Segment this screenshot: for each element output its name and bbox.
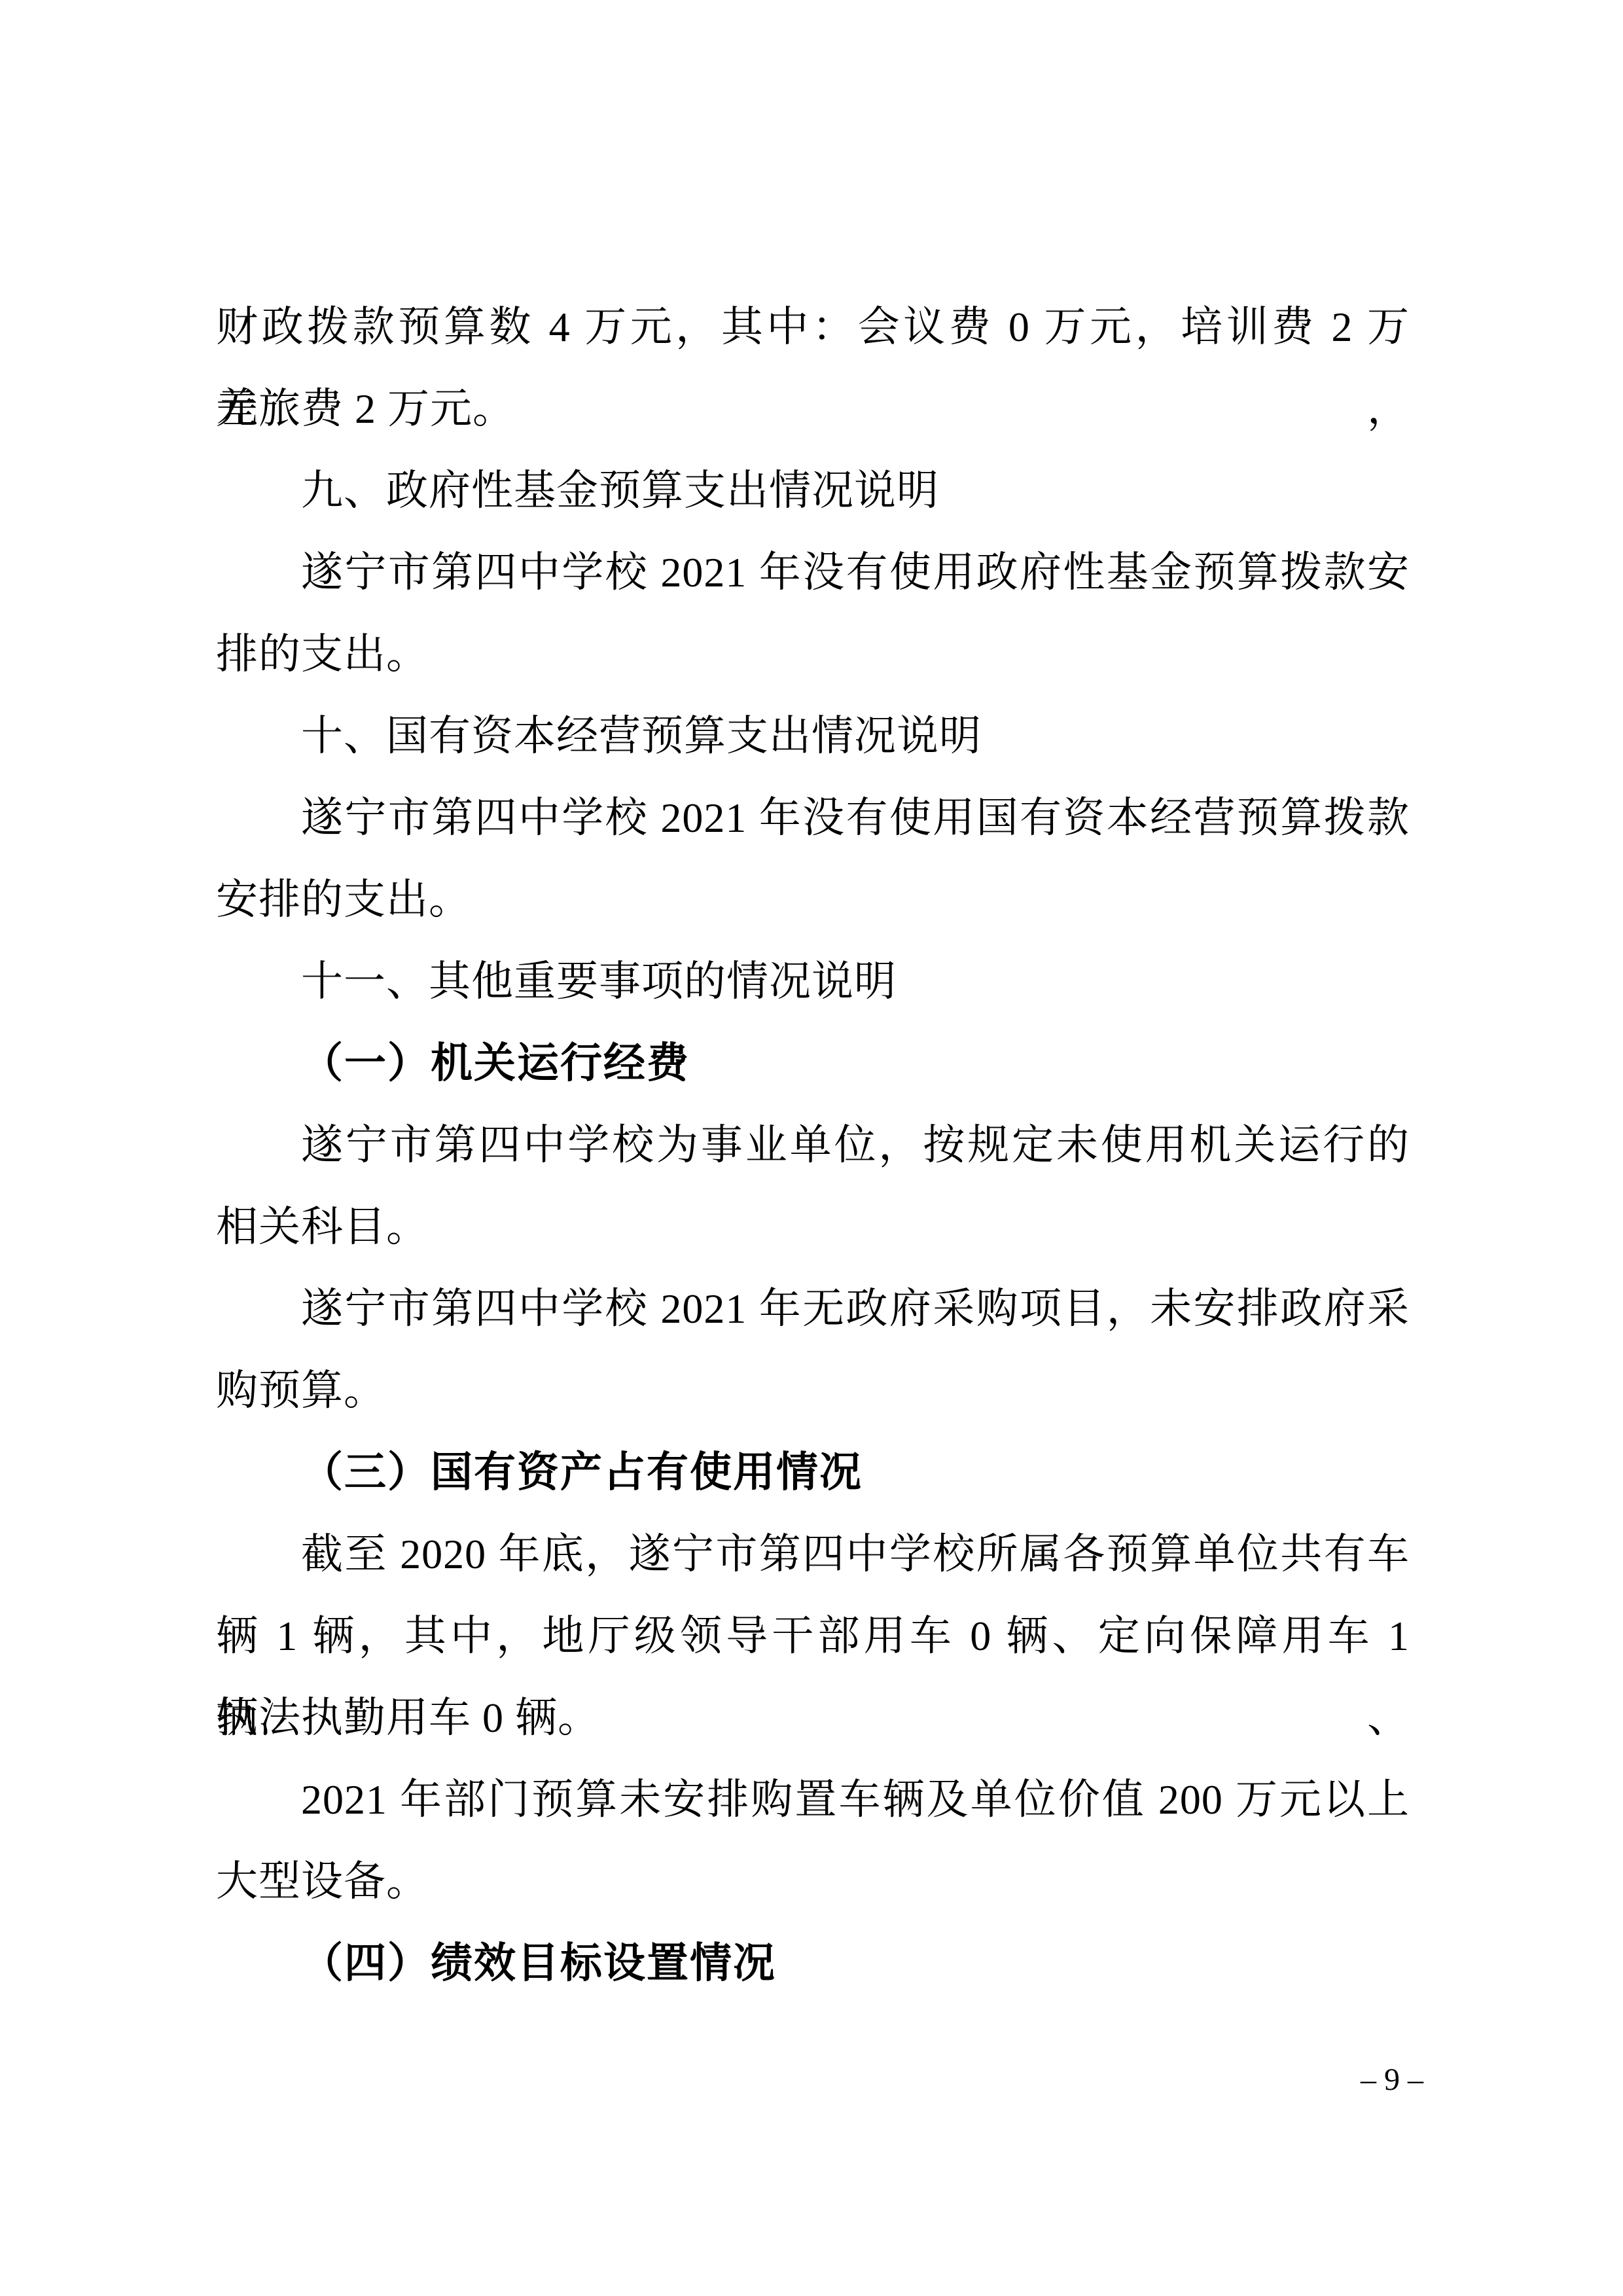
subsection-heading: （四）绩效目标设置情况 [216,1922,1410,2004]
paragraph-line: 排的支出。 [216,613,1410,695]
section-heading: 十一、其他重要事项的情况说明 [216,941,1410,1022]
paragraph-line: 相关科目。 [216,1186,1410,1268]
document-page: 财政拨款预算数 4 万元，其中：会议费 0 万元，培训费 2 万元，差旅费 2 … [0,0,1623,2296]
subsection-heading: （三）国有资产占有使用情况 [216,1431,1410,1513]
paragraph-line: 大型设备。 [216,1840,1410,1922]
paragraph-line: 遂宁市第四中学校 2021 年无政府采购项目，未安排政府采 [216,1268,1410,1350]
paragraph-line: 遂宁市第四中学校 2021 年没有使用国有资本经营预算拨款 [216,777,1410,859]
paragraph-line: 购预算。 [216,1350,1410,1431]
paragraph-line: 2021 年部门预算未安排购置车辆及单位价值 200 万元以上 [216,1759,1410,1840]
section-heading: 九、政府性基金预算支出情况说明 [216,450,1410,531]
paragraph-line: 遂宁市第四中学校 2021 年没有使用政府性基金预算拨款安 [216,531,1410,613]
document-body: 财政拨款预算数 4 万元，其中：会议费 0 万元，培训费 2 万元，差旅费 2 … [216,286,1410,2004]
page-number: – 9 – [1361,2060,1423,2100]
paragraph-line: 安排的支出。 [216,859,1410,941]
paragraph-line: 遂宁市第四中学校为事业单位，按规定未使用机关运行的 [216,1104,1410,1186]
section-heading: 十、国有资本经营预算支出情况说明 [216,695,1410,777]
paragraph-line: 财政拨款预算数 4 万元，其中：会议费 0 万元，培训费 2 万元， [216,286,1410,368]
paragraph-line: 辆 1 辆，其中，地厅级领导干部用车 0 辆、定向保障用车 1 辆、 [216,1595,1410,1677]
paragraph-line: 截至 2020 年底，遂宁市第四中学校所属各预算单位共有车 [216,1513,1410,1595]
subsection-heading: （一）机关运行经费 [216,1022,1410,1104]
